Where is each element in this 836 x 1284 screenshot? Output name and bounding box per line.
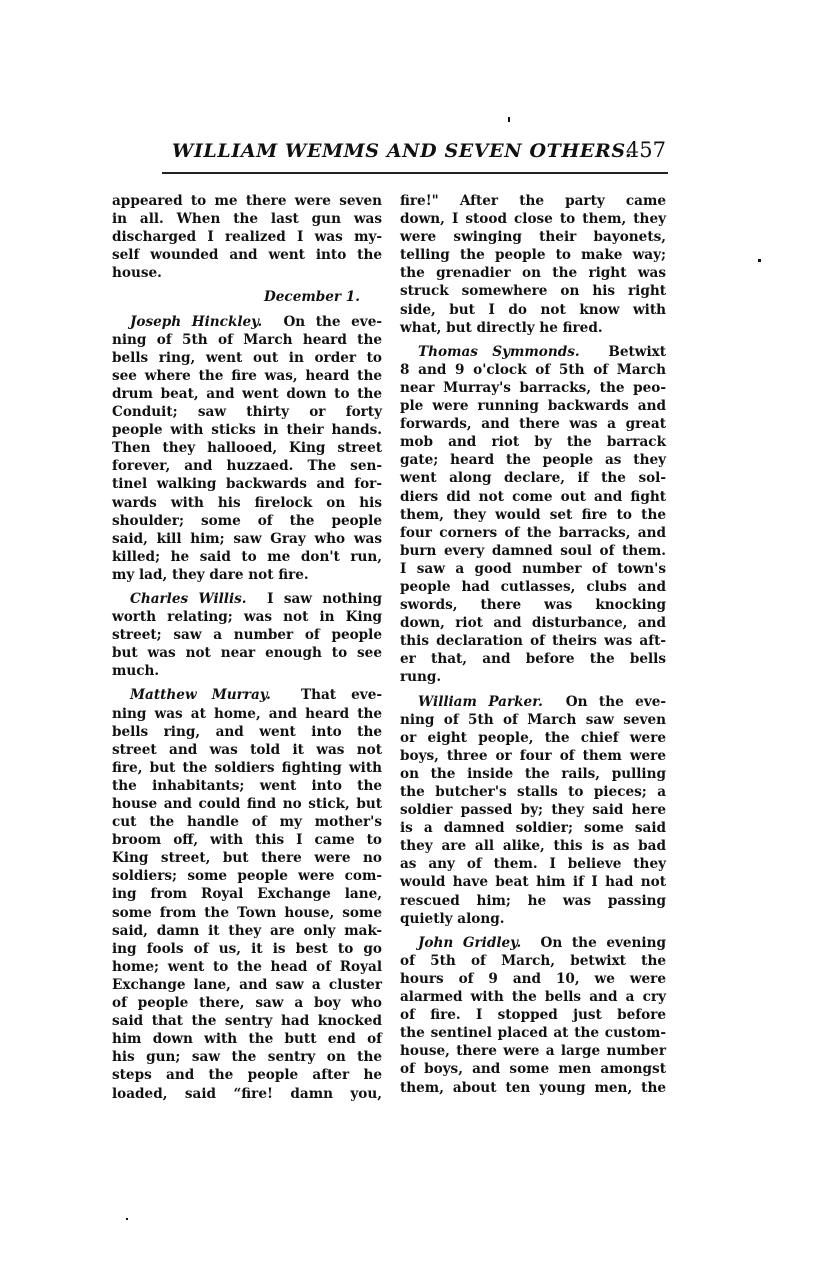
book-page: WILLIAM WEMMS AND SEVEN OTHERS. 457 appe… [0, 0, 836, 1284]
text-line: street; saw a number of people [112, 626, 382, 644]
text-line: Then they hallooed, King street [112, 439, 382, 457]
text-line: worth relating; was not in King [112, 608, 382, 626]
testimony-william-parker: William Parker. On the eve- ning of 5th … [400, 693, 666, 928]
text-line: down, riot and disturbance, and [400, 614, 666, 632]
testimony-thomas-symmonds: Thomas Symmonds. Betwixt 8 and 9 o'clock… [400, 343, 666, 687]
scan-speck-right [758, 259, 761, 262]
text-line: cut the handle of my mother's [112, 813, 382, 831]
text-line: loaded, said “fire! damn you, [112, 1085, 382, 1103]
text-line: hours of 9 and 10, we were [400, 970, 666, 988]
text-line: people had cutlasses, clubs and [400, 578, 666, 596]
witness-name: Thomas Symmonds. [418, 344, 580, 360]
text-line: wards with his firelock on his [112, 494, 382, 512]
text-line: soldier passed by; they said here [400, 801, 666, 819]
text-line: I saw a good number of town's [400, 560, 666, 578]
text-line: the sentinel placed at the custom- [400, 1024, 666, 1042]
text-line: shoulder; some of the people [112, 512, 382, 530]
text-line: people with sticks in their hands. [112, 421, 382, 439]
text-line: they are all alike, this is as bad [400, 837, 666, 855]
text-line: ing from Royal Exchange lane, [112, 885, 382, 903]
witness-name: Charles Willis. [130, 591, 247, 607]
scan-speck-top [508, 117, 510, 122]
text-line: would have beat him if I had not [400, 873, 666, 891]
text-line: said, damn it they are only mak- [112, 922, 382, 940]
text-line: ning of 5th of March saw seven [400, 711, 666, 729]
text-line: my lad, they dare not fire. [112, 566, 382, 584]
text-line: see where the fire was, heard the [112, 367, 382, 385]
page-number: 457 [626, 138, 666, 162]
text-line: as any of them. I believe they [400, 855, 666, 873]
witness-name: William Parker. [418, 694, 543, 710]
left-column: appeared to me there were seven in all. … [112, 192, 382, 1103]
text-line: er that, and before the bells [400, 650, 666, 668]
text-line: gate; heard the people as they [400, 451, 666, 469]
witness-name: Matthew Murray. [130, 687, 271, 703]
text-line: boys, three or four of them were [400, 747, 666, 765]
text-line: rung. [400, 668, 666, 686]
right-column: fire!" After the party came down, I stoo… [400, 192, 666, 1097]
text-line: killed; he said to me don't run, [112, 548, 382, 566]
text-line: or eight people, the chief were [400, 729, 666, 747]
text-line: went along declare, if the sol- [400, 469, 666, 487]
text-line: of fire. I stopped just before [400, 1006, 666, 1024]
text-line: fire!" After the party came [400, 192, 666, 210]
text-line: the grenadier on the right was [400, 264, 666, 282]
text-line: this declaration of theirs was aft- [400, 632, 666, 650]
text-line: tinel walking backwards and for- [112, 475, 382, 493]
text-line: soldiers; some people were com- [112, 867, 382, 885]
witness-name: John Gridley. [418, 935, 521, 951]
text-line: said that the sentry had knocked [112, 1012, 382, 1030]
text-line: bells ring, and went into the [112, 723, 382, 741]
text-line: down, I stood close to them, they [400, 210, 666, 228]
testimony-first-line: Matthew Murray. That eve- [112, 686, 382, 704]
text-line: ple were running backwards and [400, 397, 666, 415]
text-line: of people there, saw a boy who [112, 994, 382, 1012]
scan-speck-bottom [126, 1218, 128, 1220]
text-line: forever, and huzzaed. The sen- [112, 457, 382, 475]
testimony-first-line: Thomas Symmonds. Betwixt [400, 343, 666, 361]
text-line: burn every damned soul of them. [400, 542, 666, 560]
testimony-joseph-hinckley: Joseph Hinckley. On the eve- ning of 5th… [112, 313, 382, 584]
text-line: quietly along. [400, 910, 666, 928]
text-line: Exchange lane, and saw a cluster [112, 976, 382, 994]
text-line: appeared to me there were seven [112, 192, 382, 210]
text-line: steps and the people after he [112, 1066, 382, 1084]
text-line: diers did not come out and fight [400, 488, 666, 506]
text-line: 8 and 9 o'clock of 5th of March [400, 361, 666, 379]
testimony-first-line: William Parker. On the eve- [400, 693, 666, 711]
text-line: them, about ten young men, the [400, 1079, 666, 1097]
date-heading: December 1. [112, 288, 382, 306]
text-line: is a damned soldier; some said [400, 819, 666, 837]
text-line: on the inside the rails, pulling [400, 765, 666, 783]
paragraph-continuation: fire!" After the party came down, I stoo… [400, 192, 666, 337]
text-line: ning of 5th of March heard the [112, 331, 382, 349]
testimony-first-line: Charles Willis. I saw nothing [112, 590, 382, 608]
running-title: WILLIAM WEMMS AND SEVEN OTHERS. [172, 140, 632, 162]
text-line: some from the Town house, some [112, 904, 382, 922]
text-line: ning was at home, and heard the [112, 705, 382, 723]
text-line: telling the people to make way; [400, 246, 666, 264]
page-header: WILLIAM WEMMS AND SEVEN OTHERS. 457 [172, 140, 666, 170]
text-line: mob and riot by the barrack [400, 433, 666, 451]
text-line: near Murray's barracks, the peo- [400, 379, 666, 397]
text-line: house, there were a large number [400, 1042, 666, 1060]
testimony-first-line: John Gridley. On the evening [400, 934, 666, 952]
text-line: in all. When the last gun was [112, 210, 382, 228]
text-line: the butcher's stalls to pieces; a [400, 783, 666, 801]
testimony-first-line: Joseph Hinckley. On the eve- [112, 313, 382, 331]
text-line: Conduit; saw thirty or forty [112, 403, 382, 421]
text-line: self wounded and went into the [112, 246, 382, 264]
text-line: forwards, and there was a great [400, 415, 666, 433]
text-line: home; went to the head of Royal [112, 958, 382, 976]
text-line: struck somewhere on his right [400, 282, 666, 300]
paragraph-continuation: appeared to me there were seven in all. … [112, 192, 382, 282]
text-line: his gun; saw the sentry on the [112, 1048, 382, 1066]
text-line: drum beat, and went down to the [112, 385, 382, 403]
text-line: them, they would set fire to the [400, 506, 666, 524]
text-line: but was not near enough to see [112, 644, 382, 662]
text-line: rescued him; he was passing [400, 892, 666, 910]
text-line: of boys, and some men amongst [400, 1060, 666, 1078]
text-line: of 5th of March, betwixt the [400, 952, 666, 970]
text-line: him down with the butt end of [112, 1030, 382, 1048]
text-line: discharged I realized I was my- [112, 228, 382, 246]
testimony-matthew-murray: Matthew Murray. That eve- ning was at ho… [112, 686, 382, 1102]
text-line: what, but directly he fired. [400, 319, 666, 337]
text-line: were swinging their bayonets, [400, 228, 666, 246]
header-rule [162, 172, 668, 174]
testimony-charles-willis: Charles Willis. I saw nothing worth rela… [112, 590, 382, 680]
text-line: house. [112, 264, 382, 282]
text-line: much. [112, 662, 382, 680]
text-line: street and was told it was not [112, 741, 382, 759]
text-line: alarmed with the bells and a cry [400, 988, 666, 1006]
text-line: house and could find no stick, but [112, 795, 382, 813]
text-line: broom off, with this I came to [112, 831, 382, 849]
witness-name: Joseph Hinckley. [130, 314, 262, 330]
text-line: ing fools of us, it is best to go [112, 940, 382, 958]
text-line: side, but I do not know with [400, 301, 666, 319]
text-line: four corners of the barracks, and [400, 524, 666, 542]
text-line: the inhabitants; went into the [112, 777, 382, 795]
text-line: bells ring, went out in order to [112, 349, 382, 367]
text-line: King street, but there were no [112, 849, 382, 867]
text-line: swords, there was knocking [400, 596, 666, 614]
text-line: said, kill him; saw Gray who was [112, 530, 382, 548]
testimony-john-gridley: John Gridley. On the evening of 5th of M… [400, 934, 666, 1097]
text-line: fire, but the soldiers fighting with [112, 759, 382, 777]
